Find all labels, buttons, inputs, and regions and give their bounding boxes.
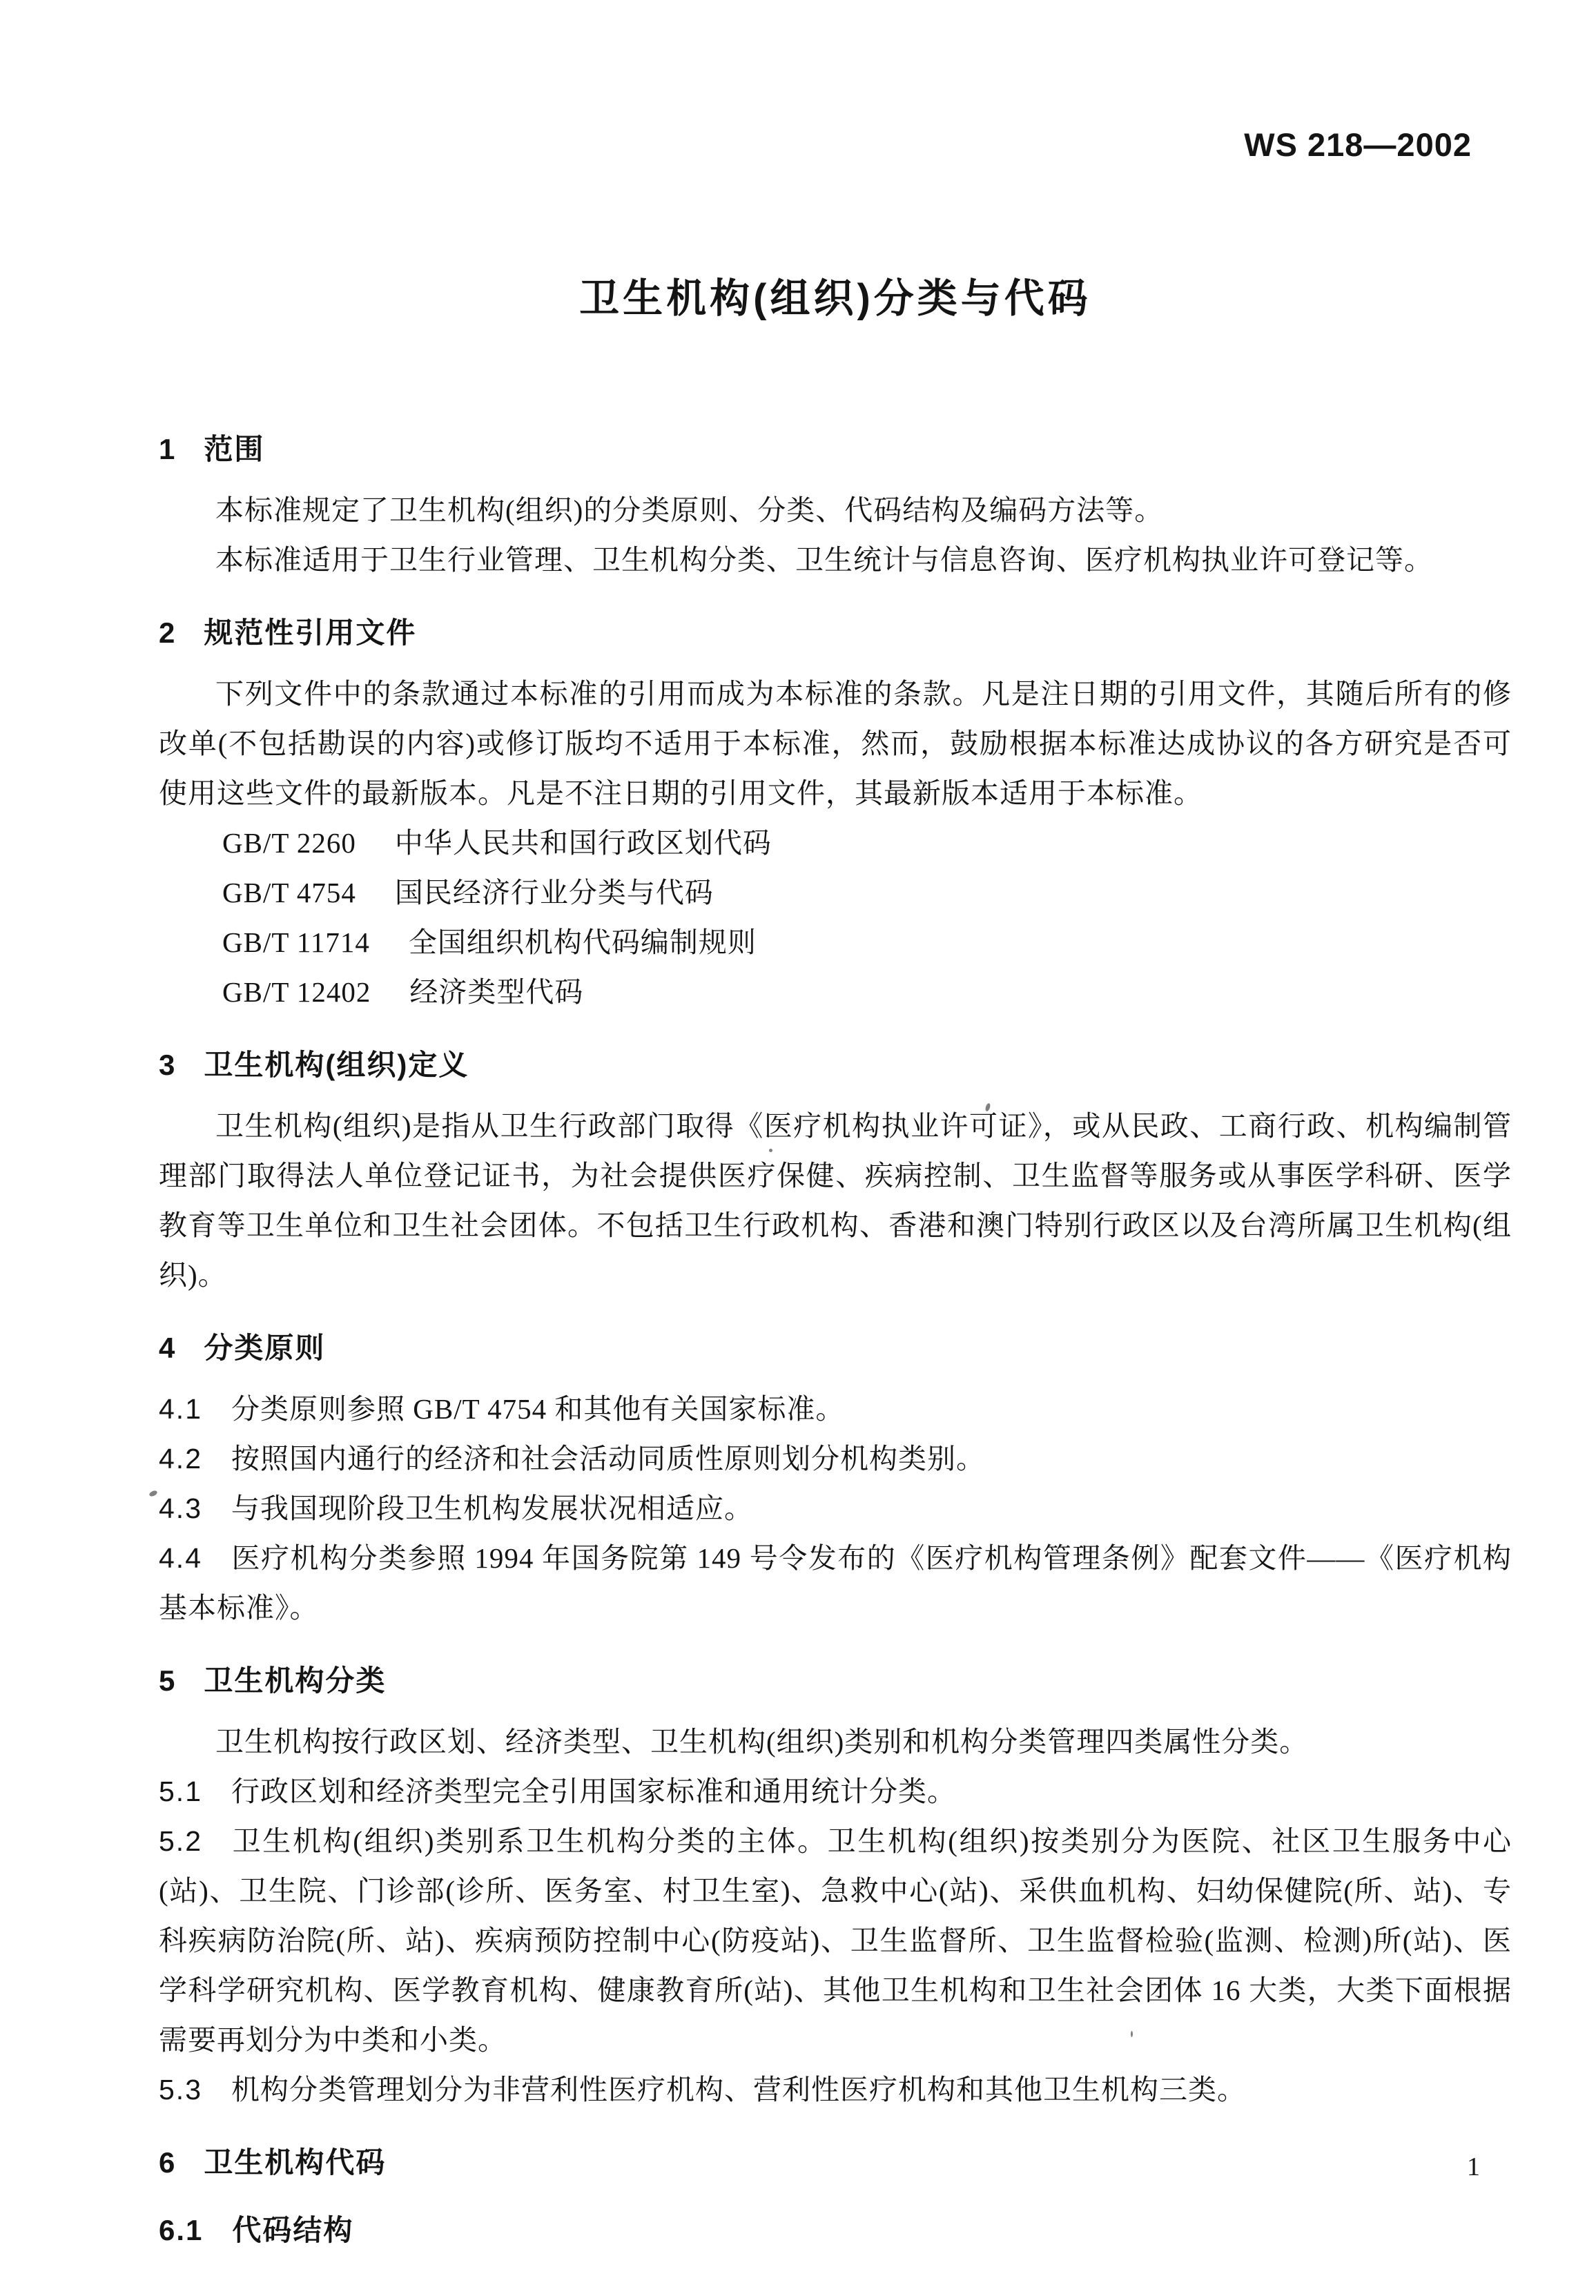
page-title: 卫生机构(组织)分类与代码 <box>159 277 1512 321</box>
section-1-paragraph: 本标准规定了卫生机构(组织)的分类原则、分类、代码结构及编码方法等。 <box>159 485 1512 535</box>
scan-artifact <box>769 1149 772 1152</box>
clause-number: 5.2 <box>159 1825 202 1857</box>
section-3-heading: 3卫生机构(组织)定义 <box>159 1040 1512 1090</box>
clause-number: 5.1 <box>159 1775 202 1807</box>
clause-number: 4.4 <box>159 1542 202 1574</box>
reference-title: 经济类型代码 <box>409 976 583 1008</box>
clause-number: 4.2 <box>159 1443 202 1475</box>
scan-artifact <box>148 1490 158 1497</box>
section-1-heading: 1范围 <box>159 425 1512 474</box>
section-1-number: 1 <box>159 433 176 465</box>
section-6-heading: 6卫生机构代码 <box>159 2138 1512 2188</box>
section-2-heading: 2规范性引用文件 <box>159 608 1512 658</box>
section-2-paragraph: 下列文件中的条款通过本标准的引用而成为本标准的条款。凡是注日期的引用文件，其随后… <box>159 669 1512 818</box>
page-number: 1 <box>1467 2152 1480 2181</box>
document-page: WS 218—2002 卫生机构(组织)分类与代码 1范围 本标准规定了卫生机构… <box>0 0 1596 2296</box>
clause-text: 卫生机构(组织)类别系卫生机构分类的主体。卫生机构(组织)按类别分为医院、社区卫… <box>159 1825 1512 2056</box>
section-1-paragraph: 本标准适用于卫生行业管理、卫生机构分类、卫生统计与信息咨询、医疗机构执业许可登记… <box>159 535 1512 585</box>
clause-text: 机构分类管理划分为非营利性医疗机构、营利性医疗机构和其他卫生机构三类。 <box>231 2074 1246 2105</box>
subsection-number: 6.1 <box>159 2214 203 2246</box>
subsection-title: 代码结构 <box>232 2214 353 2246</box>
reference-code: GB/T 11714 <box>222 926 370 958</box>
standard-code: WS 218—2002 <box>159 128 1512 162</box>
clause-number: 5.3 <box>159 2074 202 2105</box>
section-4-heading: 4分类原则 <box>159 1323 1512 1373</box>
section-1-title: 范围 <box>204 433 264 465</box>
reference-title: 全国组织机构代码编制规则 <box>409 926 757 958</box>
clause-5-2: 5.2卫生机构(组织)类别系卫生机构分类的主体。卫生机构(组织)按类别分为医院、… <box>159 1816 1512 2065</box>
clause-number: 4.1 <box>159 1393 202 1425</box>
reference-code: GB/T 12402 <box>222 976 371 1008</box>
section-4-number: 4 <box>159 1332 176 1364</box>
clause-text: 与我国现阶段卫生机构发展状况相适应。 <box>231 1492 753 1524</box>
reference-title: 国民经济行业分类与代码 <box>395 877 714 908</box>
section-6-number: 6 <box>159 2146 176 2179</box>
reference-item: GB/T 2260中华人民共和国行政区划代码 <box>222 818 1512 868</box>
section-5-title: 卫生机构分类 <box>204 1664 386 1697</box>
section-6-title: 卫生机构代码 <box>204 2146 386 2179</box>
section-2-number: 2 <box>159 616 176 649</box>
section-5-heading: 5卫生机构分类 <box>159 1656 1512 1706</box>
scan-artifact <box>1131 2031 1133 2037</box>
section-3-number: 3 <box>159 1049 176 1081</box>
clause-4-4: 4.4医疗机构分类参照 1994 年国务院第 149 号令发布的《医疗机构管理条… <box>159 1533 1512 1633</box>
reference-code: GB/T 4754 <box>222 877 356 908</box>
section-2-title: 规范性引用文件 <box>204 616 416 649</box>
reference-title: 中华人民共和国行政区划代码 <box>395 827 772 859</box>
clause-5-1: 5.1行政区划和经济类型完全引用国家标准和通用统计分类。 <box>159 1767 1512 1816</box>
section-5-number: 5 <box>159 1664 176 1697</box>
section-3-title: 卫生机构(组织)定义 <box>204 1049 469 1081</box>
section-5-paragraph: 卫生机构按行政区划、经济类型、卫生机构(组织)类别和机构分类管理四类属性分类。 <box>159 1717 1512 1767</box>
reference-item: GB/T 11714全国组织机构代码编制规则 <box>222 917 1512 967</box>
reference-item: GB/T 12402经济类型代码 <box>222 967 1512 1017</box>
clause-text: 分类原则参照 GB/T 4754 和其他有关国家标准。 <box>231 1393 844 1425</box>
clause-4-3: 4.3与我国现阶段卫生机构发展状况相适应。 <box>159 1483 1512 1533</box>
reference-code: GB/T 2260 <box>222 827 356 859</box>
clause-text: 医疗机构分类参照 1994 年国务院第 149 号令发布的《医疗机构管理条例》配… <box>159 1542 1512 1624</box>
clause-4-1: 4.1分类原则参照 GB/T 4754 和其他有关国家标准。 <box>159 1384 1512 1434</box>
section-3-paragraph: 卫生机构(组织)是指从卫生行政部门取得《医疗机构执业许可证》，或从民政、工商行政… <box>159 1101 1512 1300</box>
subsection-6-1-heading: 6.1代码结构 <box>159 2206 1512 2255</box>
section-4-title: 分类原则 <box>204 1332 325 1364</box>
reference-item: GB/T 4754国民经济行业分类与代码 <box>222 868 1512 917</box>
clause-number: 4.3 <box>159 1492 202 1524</box>
clause-text: 行政区划和经济类型完全引用国家标准和通用统计分类。 <box>231 1775 956 1807</box>
clause-4-2: 4.2按照国内通行的经济和社会活动同质性原则划分机构类别。 <box>159 1434 1512 1483</box>
clause-text: 按照国内通行的经济和社会活动同质性原则划分机构类别。 <box>231 1443 985 1475</box>
clause-5-3: 5.3机构分类管理划分为非营利性医疗机构、营利性医疗机构和其他卫生机构三类。 <box>159 2065 1512 2114</box>
